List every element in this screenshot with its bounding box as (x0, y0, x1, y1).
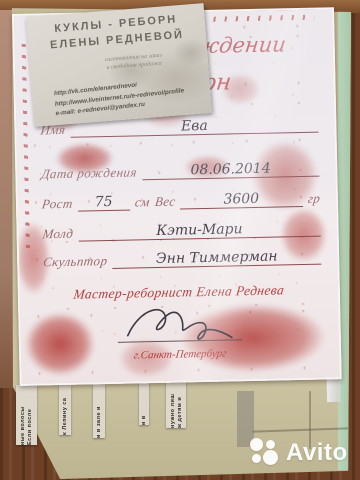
tab-text: и в зале и (96, 386, 102, 438)
mold-label: Молд (42, 226, 75, 243)
birth-date-label: Дата рождения (40, 164, 137, 182)
photo-scene: ные волосы Если после к Лепину са и в за… (0, 0, 360, 480)
weight-value: 3600 (180, 190, 303, 210)
folder-flap-edge (252, 427, 348, 432)
avito-logo-icon (250, 436, 283, 469)
tab-text: ные волосы (20, 387, 26, 445)
tab-text: к Лепину са (62, 387, 68, 435)
tab-text: нужно лиш (170, 384, 176, 428)
tab-text: ж детям и (177, 384, 183, 428)
tab-text: и в (141, 385, 147, 425)
paper-tab: ные волосы Если после (16, 385, 37, 445)
height-label: Рост (41, 196, 74, 213)
height-value: 75 (78, 194, 130, 212)
avito-watermark: Avito (250, 436, 348, 469)
avito-watermark-text: Avito (286, 439, 348, 467)
sculptor-label: Скульптор (42, 253, 108, 270)
weight-label: Вес (154, 194, 176, 210)
paper-tab: к Лепину са (59, 385, 71, 435)
paper-tab: и в зале и (93, 384, 105, 438)
business-card: КУКЛЫ - РЕБОРН ЕЛЕНЫ РЕДНЕВОЙ изготовлен… (26, 3, 212, 127)
paper-tab: нужно лиш ж детям и (166, 382, 186, 428)
weight-unit: гр (307, 191, 321, 207)
tab-text: Если после (27, 387, 33, 445)
height-unit: см (134, 194, 151, 210)
paper-tab: и в (139, 383, 149, 425)
